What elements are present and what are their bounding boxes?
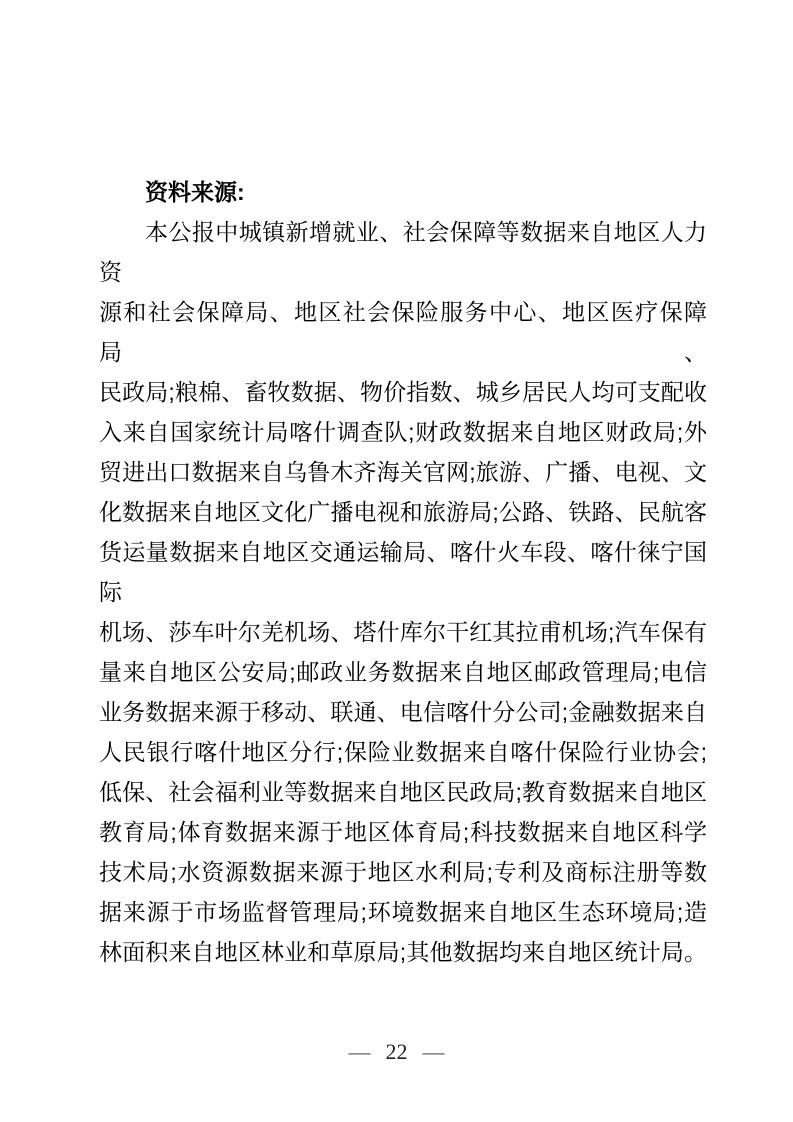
paragraph-line: 入来自国家统计局喀什调查队;财政数据来自地区财政局;外: [99, 412, 707, 452]
paragraph-line: 货运量数据来自地区交通运输局、喀什火车段、喀什徕宁国际: [99, 532, 707, 612]
paragraph-line: 教育局;体育数据来源于地区体育局;科技数据来自地区科学: [99, 812, 707, 852]
page-footer: — 22 —: [0, 1037, 793, 1067]
paragraph-line: 技术局;水资源数据来源于地区水利局;专利及商标注册等数: [99, 852, 707, 892]
paragraph-line: 量来自地区公安局;邮政业务数据来自地区邮政管理局;电信: [99, 652, 707, 692]
document-body: 资料来源: 本公报中城镇新增就业、社会保障等数据来自地区人力资 源和社会保障局、…: [99, 172, 707, 972]
footer-page-number: 22: [386, 1039, 408, 1065]
source-heading: 资料来源:: [99, 172, 707, 212]
paragraph-line: 低保、社会福利业等数据来自地区民政局;教育数据来自地区: [99, 772, 707, 812]
paragraph-line: 机场、莎车叶尔羌机场、塔什库尔干红其拉甫机场;汽车保有: [99, 612, 707, 652]
footer-dash-left: —: [349, 1039, 371, 1065]
paragraph-line: 贸进出口数据来自乌鲁木齐海关官网;旅游、广播、电视、文: [99, 452, 707, 492]
footer-dash-right: —: [423, 1039, 445, 1065]
paragraph-line: 人民银行喀什地区分行;保险业数据来自喀什保险行业协会;: [99, 732, 707, 772]
source-paragraph: 本公报中城镇新增就业、社会保障等数据来自地区人力资 源和社会保障局、地区社会保险…: [99, 212, 707, 972]
paragraph-line: 源和社会保障局、地区社会保险服务中心、地区医疗保障局、: [99, 292, 707, 372]
paragraph-line: 本公报中城镇新增就业、社会保障等数据来自地区人力资: [99, 212, 707, 292]
paragraph-line: 业务数据来源于移动、联通、电信喀什分公司;金融数据来自: [99, 692, 707, 732]
paragraph-line: 据来源于市场监督管理局;环境数据来自地区生态环境局;造: [99, 892, 707, 932]
paragraph-line: 民政局;粮棉、畜牧数据、物价指数、城乡居民人均可支配收: [99, 372, 707, 412]
paragraph-line: 林面积来自地区林业和草原局;其他数据均来自地区统计局。: [99, 932, 707, 972]
document-page: 资料来源: 本公报中城镇新增就业、社会保障等数据来自地区人力资 源和社会保障局、…: [0, 0, 793, 1122]
paragraph-line: 化数据来自地区文化广播电视和旅游局;公路、铁路、民航客: [99, 492, 707, 532]
